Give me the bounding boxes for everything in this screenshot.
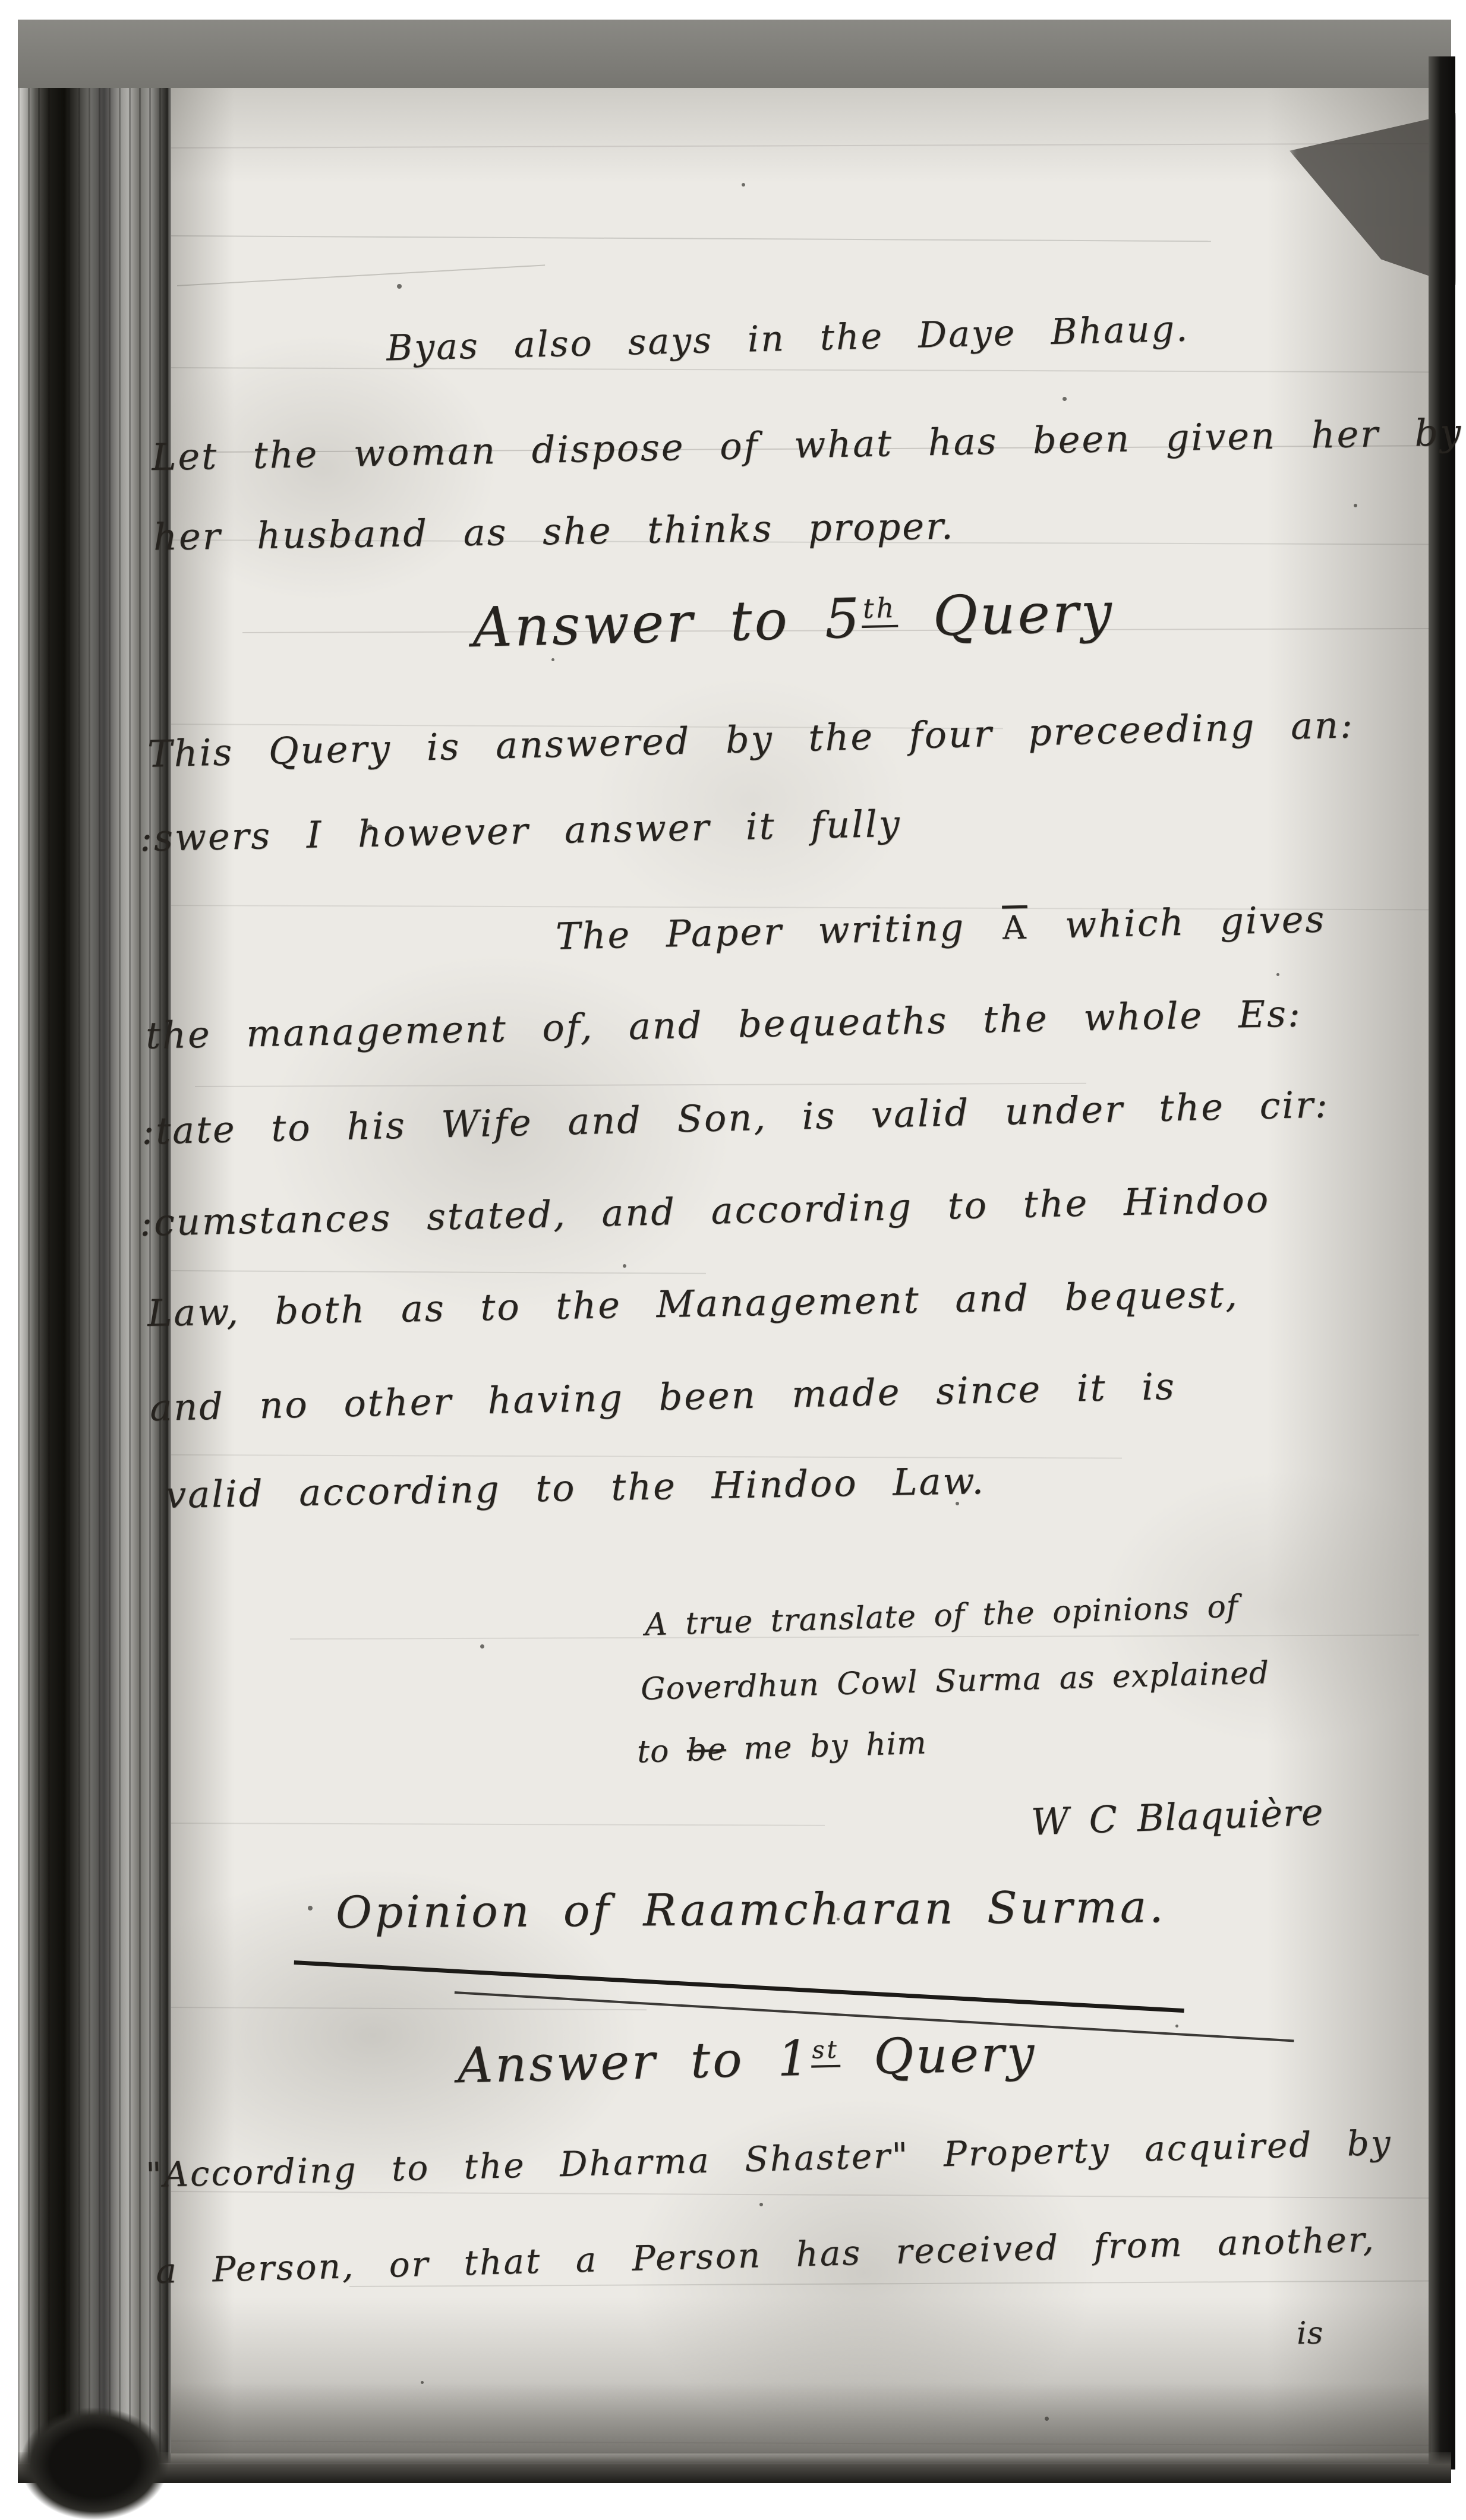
scan-ruled-line: [171, 143, 1431, 149]
scan-ruled-line: [171, 1454, 1122, 1459]
scan-ruled-line: [195, 1083, 1086, 1087]
scan-speck: [397, 284, 402, 289]
ordinal-superscript: th: [861, 592, 898, 628]
heading-text: Query: [897, 580, 1115, 649]
scan-ruled-line: [171, 2191, 1431, 2199]
scan-ruled-line: [171, 367, 1431, 372]
heading-text: Answer to 5: [472, 586, 863, 659]
line-text: me by him: [726, 1725, 927, 1767]
scan-ruled-line: [171, 2007, 647, 2010]
heading-text: Answer to 1: [457, 2030, 812, 2094]
scan-speck: [759, 2203, 763, 2206]
scan-speck: [742, 183, 745, 187]
scan-speck: [480, 1644, 484, 1649]
line-text: which gives: [1029, 897, 1326, 947]
scan-ruled-line: [171, 235, 1211, 242]
scan-bottom-band: [18, 2452, 1451, 2483]
scan-ruled-line: [171, 1270, 706, 1274]
line-text: to: [636, 1733, 688, 1770]
page-bottom-shadow: [171, 2382, 1431, 2453]
scan-ruled-line: [171, 1823, 825, 1826]
struck-word: be: [686, 1732, 727, 1769]
book-gutter-page-edges: [18, 88, 172, 2463]
scan-speck: [1063, 397, 1067, 401]
scan-speck: [1276, 973, 1279, 976]
scan-speck: [623, 1264, 626, 1268]
exhibit-mark-a: A: [1000, 908, 1030, 947]
scan-speck: [308, 1906, 313, 1910]
scan-ruled-line: [177, 264, 545, 286]
manuscript-scan: Byas also says in the Daye Bhaug. Let th…: [0, 0, 1466, 2495]
heading-opinion-raamcharan: Opinion of Raamcharan Surma.: [336, 1881, 1167, 1938]
scan-speck: [551, 658, 554, 661]
scan-speck: [1354, 504, 1357, 507]
scan-speck: [1175, 2025, 1178, 2028]
ordinal-superscript: st: [811, 2035, 841, 2067]
catchword-is: is: [1296, 2316, 1323, 2352]
scan-top-band: [18, 20, 1451, 90]
heading-text: Query: [840, 2026, 1037, 2086]
